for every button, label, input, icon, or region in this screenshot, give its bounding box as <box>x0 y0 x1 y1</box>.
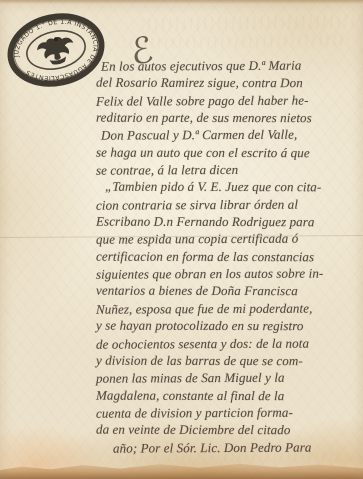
manuscript-line: y division de las barras de que se com- <box>96 351 363 369</box>
manuscript-line: y se hayan protocolizado en su registro <box>96 317 363 335</box>
manuscript-page: JUZGADO 1.° DE 1.A INSTANCIA DE AGUASCAL… <box>0 0 363 479</box>
manuscript-line: „Tambien pido á V. E. Juez que con cita- <box>96 178 363 196</box>
manuscript-line: Magdalena, constante al final de la <box>96 386 363 404</box>
manuscript-line: cion contraria se sirva librar órden al <box>96 195 363 214</box>
ink-bleedthrough <box>142 14 357 32</box>
manuscript-line: cuenta de division y particion forma- <box>96 403 363 422</box>
manuscript-line: que me espida una copia certificada ó <box>96 230 363 249</box>
eagle-on-cactus-icon <box>35 34 77 68</box>
ink-bleedthrough <box>124 34 349 49</box>
manuscript-line: ventarios a bienes de Doña Francisca <box>96 282 363 300</box>
manuscript-line: de ochocientos sesenta y dos: de la nota <box>96 334 363 353</box>
manuscript-line: En los autos ejecutivos que D.ª Maria <box>96 56 363 75</box>
manuscript-line: da en veinte de Diciembre del citado <box>96 421 363 439</box>
manuscript-line: del Rosario Ramirez sigue, contra Don <box>96 74 363 92</box>
manuscript-line: año; Por el Sór. Lic. Don Pedro Para <box>96 438 363 457</box>
manuscript-line: Don Pascual y D.ª Carmen del Valle, <box>96 126 363 145</box>
manuscript-line: ponen las minas de San Miguel y la <box>96 368 363 387</box>
manuscript-line: se contrae, á la letra dicen <box>96 160 363 179</box>
manuscript-line: Nuñez, esposa que fue de mi poderdante, <box>96 299 363 318</box>
manuscript-line: reditario en parte, de sus menores nieto… <box>96 109 363 127</box>
manuscript-line: siguientes que obran en los autos sobre … <box>96 264 363 283</box>
manuscript-line: se haga un auto que con el escrito á que <box>96 143 363 161</box>
paper-bottom-edge <box>0 459 363 479</box>
manuscript-line: certificacion en forma de las constancia… <box>96 247 363 265</box>
manuscript-line: Escribano D.n Fernando Rodriguez para <box>96 213 363 231</box>
manuscript-line: Felix del Valle sobre pago del haber he- <box>96 91 363 110</box>
manuscript-text-block: En los autos ejecutivos que D.ª Maria de… <box>96 57 363 456</box>
paper-top-edge <box>0 0 363 4</box>
